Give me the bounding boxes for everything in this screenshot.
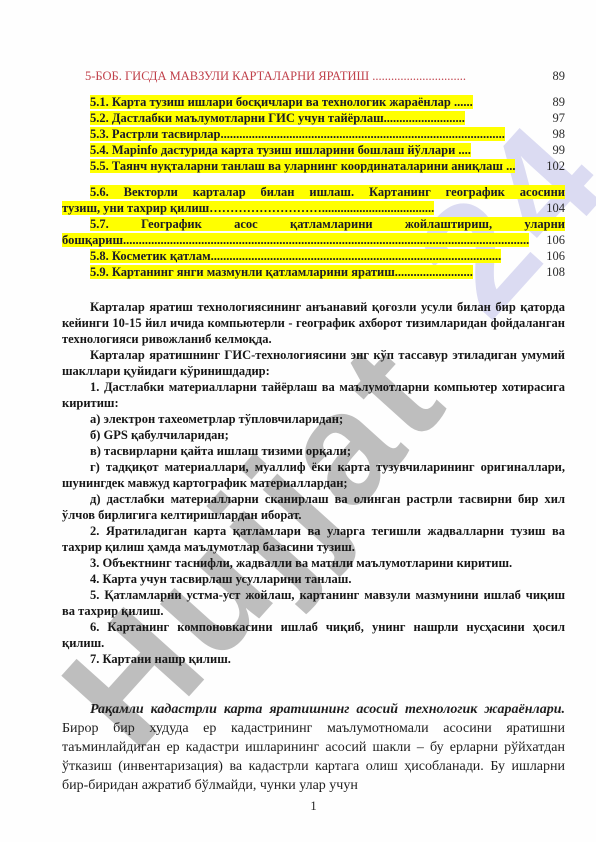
page-number-footer: 1 <box>62 799 565 814</box>
toc-entry-page-number: 104 <box>546 200 565 216</box>
final-paragraph-lead: Рақамли кадастрли карта яратишнинг асоси… <box>90 702 565 717</box>
table-of-contents: 5-БОБ. ГИСДА МАВЗУЛИ КАРТАЛАРНИ ЯРАТИШ .… <box>62 68 565 280</box>
toc-entry-label: 5.3. Растрли тасвирлар..................… <box>90 127 505 141</box>
toc-entry-label: 5.4. Mapinfo дастурида карта тузиш ишлар… <box>90 143 471 157</box>
body-paragraph: Карталар яратишнинг ГИС-технологиясини э… <box>62 347 565 379</box>
toc-entry-5-7: 5.7. Географик асос қатламларини жойлашт… <box>62 216 565 248</box>
toc-entry-line: 5.7. Географик асос қатламларини жойлашт… <box>62 216 565 232</box>
body-paragraph: 1. Дастлабки материалларни тайёрлаш ва м… <box>62 379 565 411</box>
body-text: Карталар яратиш технологиясининг анъанав… <box>62 299 565 795</box>
body-list-item-v: в) тасвирларни қайта ишлаш тизими орқали… <box>62 443 565 459</box>
toc-entry-line: тузиш, уни тахрир қилиш………………………........… <box>62 200 565 216</box>
toc-entry-page-number: 97 <box>525 110 566 126</box>
toc-entry-label: 5.8. Косметик қатлам....................… <box>90 249 501 263</box>
toc-chapter-page-number: 89 <box>530 68 566 84</box>
toc-entry-line: бошқариш................................… <box>62 232 565 248</box>
toc-entry-label: 5.9. Картанинг янги мазмунли қатламларин… <box>90 265 473 279</box>
toc-entry-5-6: 5.6. Векторли карталар билан ишлаш. Карт… <box>62 184 565 216</box>
toc-entry-5-5: 5.5. Таянч нуқталарни танлаш ва уларнинг… <box>62 158 565 174</box>
toc-chapter-row: 5-БОБ. ГИСДА МАВЗУЛИ КАРТАЛАРНИ ЯРАТИШ .… <box>62 68 565 84</box>
toc-entry-page-number: 89 <box>525 94 566 110</box>
toc-entry-page-number: 108 <box>518 264 565 280</box>
toc-entry-label: 5.1. Карта тузиш ишлари босқичлари ва те… <box>90 95 473 109</box>
toc-entry-5-2: 5.2. Дастлабки маълумотларни ГИС учун та… <box>62 110 565 126</box>
body-numbered-item-3: 3. Объектнинг таснифли, жадвалли ва матн… <box>62 555 565 571</box>
body-numbered-item-7: 7. Картани нашр қилиш. <box>62 651 565 667</box>
toc-entry-label: 5.5. Таянч нуқталарни танлаш ва уларнинг… <box>90 159 515 173</box>
toc-entry-page-number: 102 <box>518 158 565 174</box>
toc-entry-page-number: 106 <box>546 232 565 248</box>
page-content: 5-БОБ. ГИСДА МАВЗУЛИ КАРТАЛАРНИ ЯРАТИШ .… <box>0 0 596 814</box>
toc-entry-5-8: 5.8. Косметик қатлам....................… <box>62 248 565 264</box>
body-numbered-item-4: 4. Карта учун тасвирлаш усулларини танла… <box>62 571 565 587</box>
toc-entry-5-9: 5.9. Картанинг янги мазмунли қатламларин… <box>62 264 565 280</box>
body-paragraph: Карталар яратиш технологиясининг анъанав… <box>62 299 565 347</box>
final-paragraph-body: Бирор бир худуда ер кадастрининг маълумо… <box>62 721 565 793</box>
body-list-item-g: г) тадқиқот материаллари, муаллиф ёки ка… <box>62 459 565 491</box>
body-list-item-b: б) GPS қабулчиларидан; <box>62 427 565 443</box>
toc-entry-5-1: 5.1. Карта тузиш ишлари босқичлари ва те… <box>62 94 565 110</box>
body-numbered-item-5: 5. Қатламларни устма-уст жойлаш, картани… <box>62 587 565 619</box>
toc-entry-page-number: 106 <box>518 248 565 264</box>
document-page: Hujjat 24 5-БОБ. ГИСДА МАВЗУЛИ КАРТАЛАРН… <box>0 0 596 842</box>
final-paragraph: Рақамли кадастрли карта яратишнинг асоси… <box>62 700 565 795</box>
body-list-item-d: д) дастлабки материалларни сканирлаш ва … <box>62 491 565 523</box>
toc-entry-5-3: 5.3. Растрли тасвирлар..................… <box>62 126 565 142</box>
toc-entry-page-number: 99 <box>525 142 566 158</box>
body-numbered-item-6: 6. Картанинг компоновкасини ишлаб чиқиб,… <box>62 619 565 651</box>
body-list-item-a: а) электрон тахеометрлар тўпловчиларидан… <box>62 411 565 427</box>
body-numbered-item-2: 2. Яратиладиган карта қатламлари ва улар… <box>62 523 565 555</box>
toc-entry-label: 5.2. Дастлабки маълумотларни ГИС учун та… <box>90 111 465 125</box>
toc-chapter-title: 5-БОБ. ГИСДА МАВЗУЛИ КАРТАЛАРНИ ЯРАТИШ .… <box>85 69 466 83</box>
toc-entry-5-4: 5.4. Mapinfo дастурида карта тузиш ишлар… <box>62 142 565 158</box>
toc-entry-page-number: 98 <box>525 126 566 142</box>
toc-entry-line: 5.6. Векторли карталар билан ишлаш. Карт… <box>62 184 565 200</box>
